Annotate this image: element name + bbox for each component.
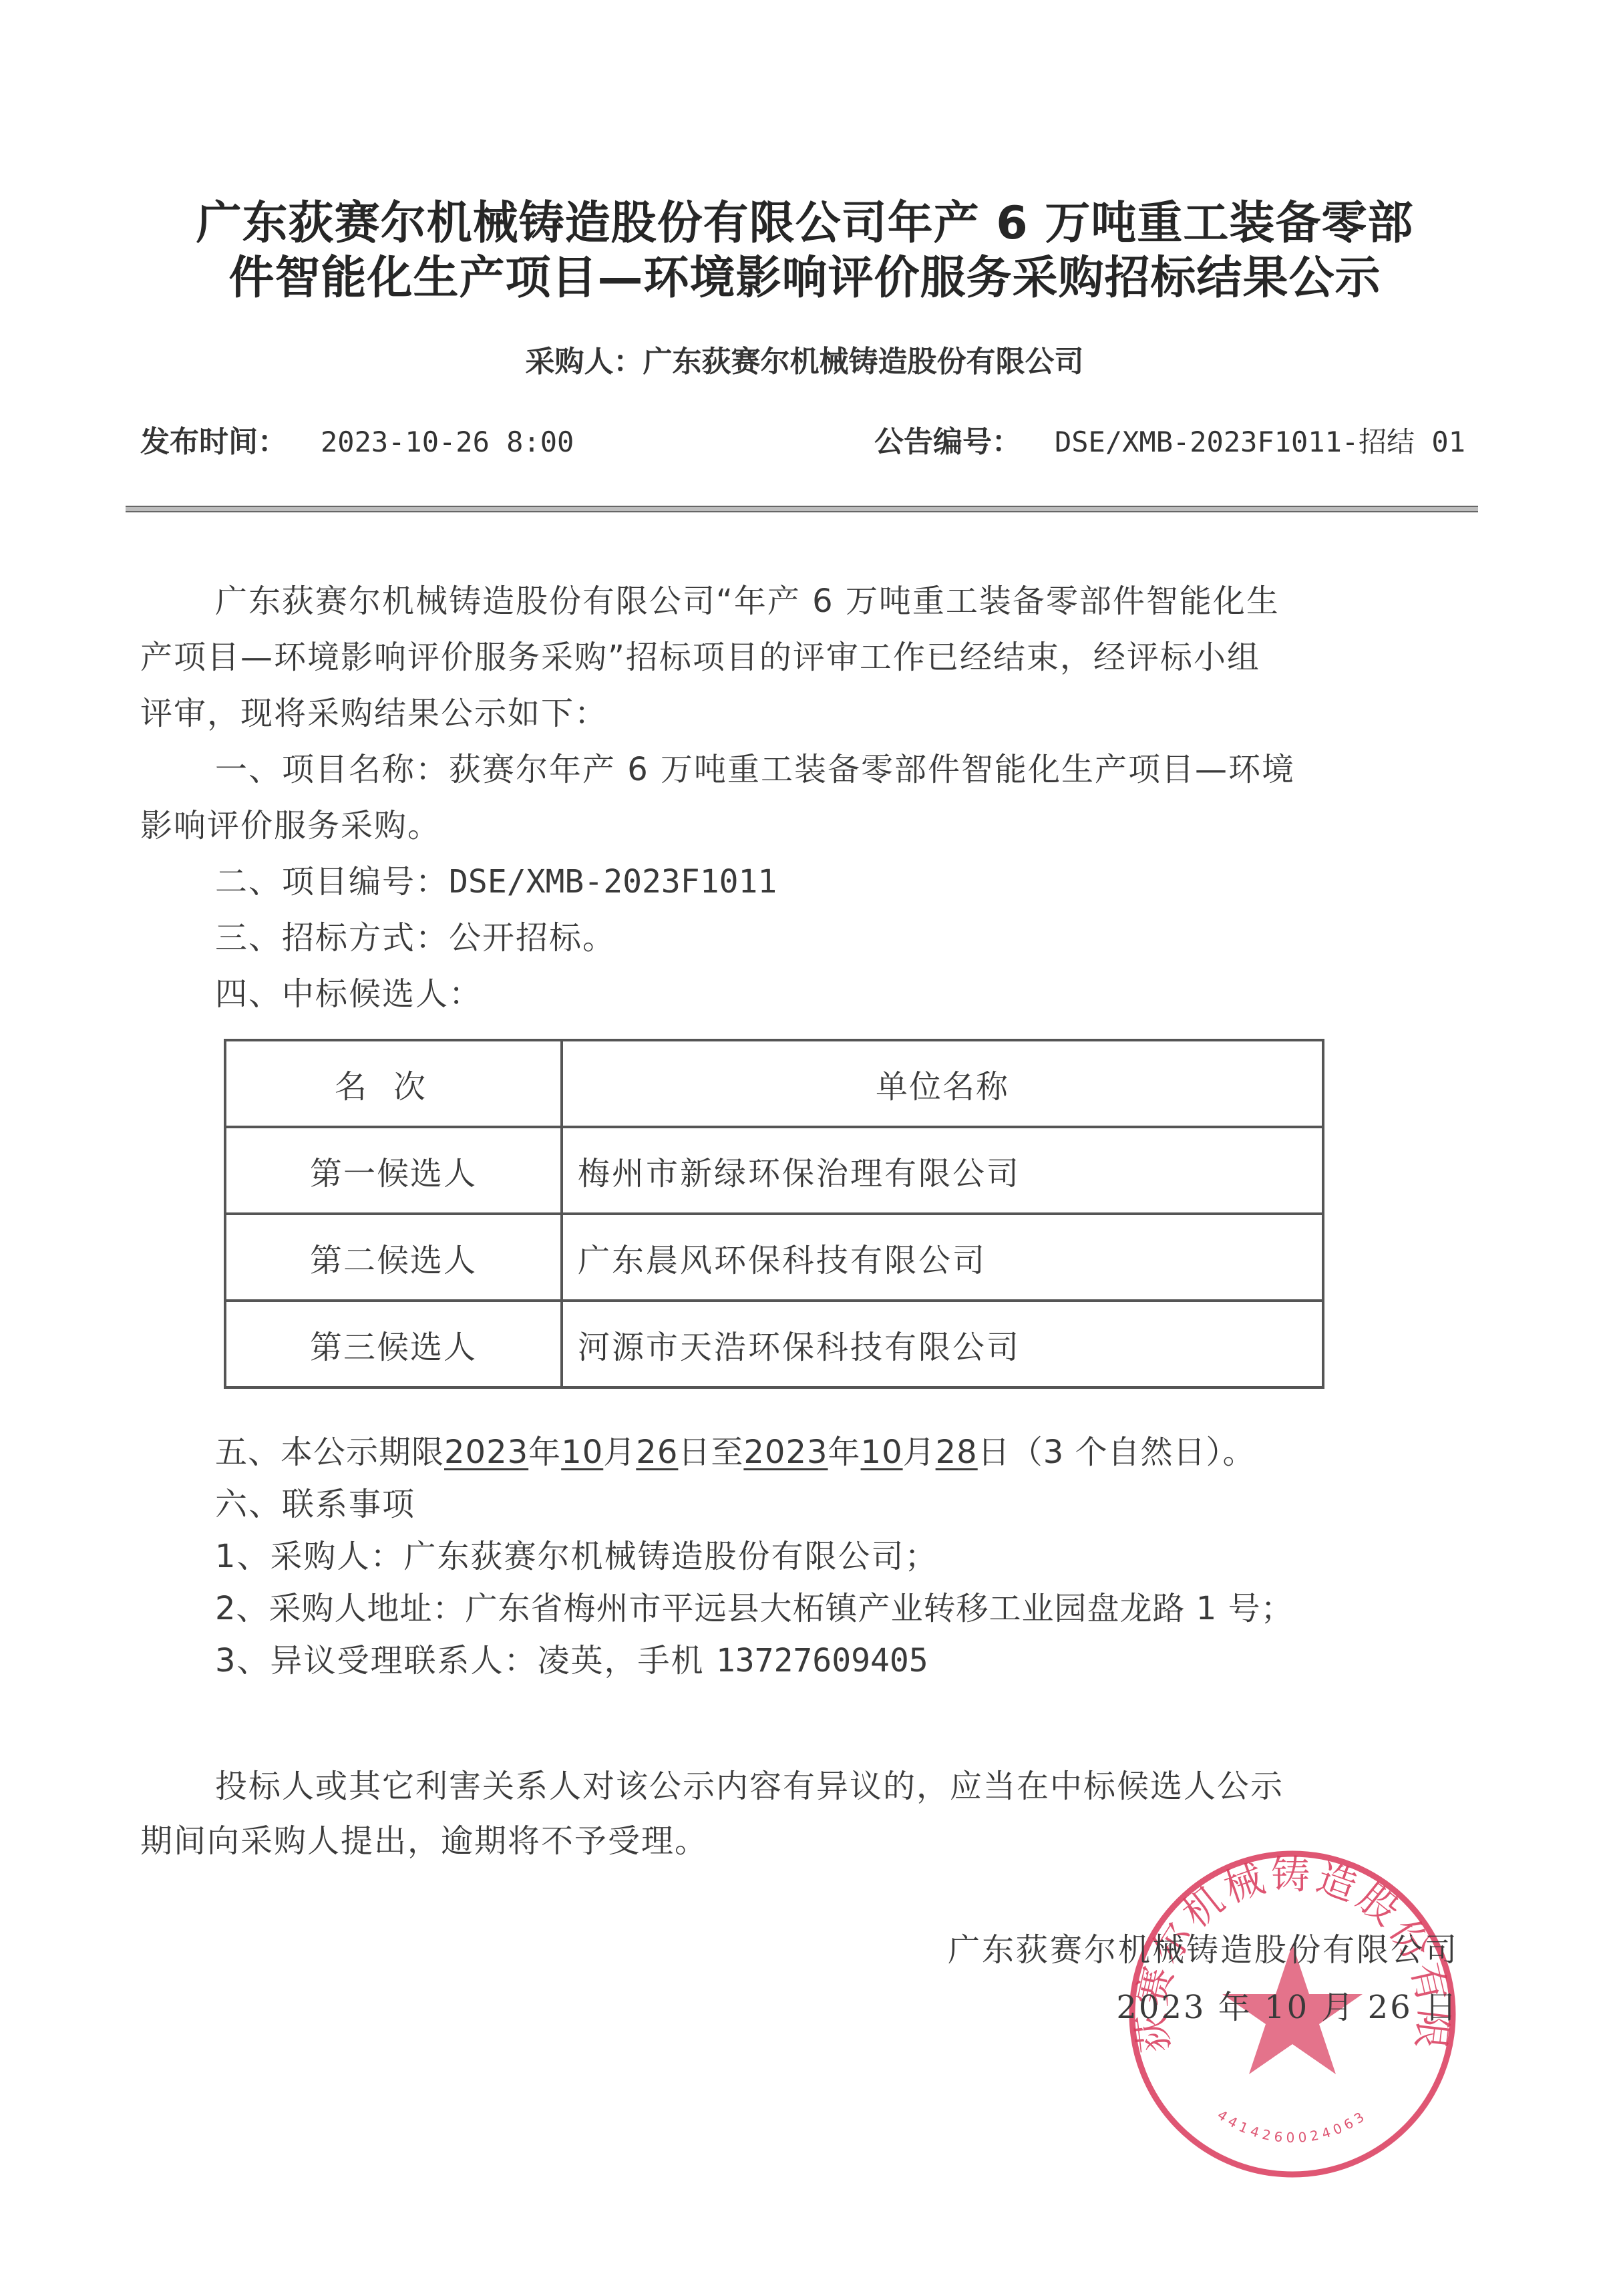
- buyer-label: 采购人：: [526, 345, 643, 379]
- project-number-value: DSE/XMB-2023F1011: [449, 863, 777, 900]
- contact-person-label: 3、异议受理联系人：凌英，手机: [215, 1642, 716, 1679]
- month-char: 月: [903, 1434, 936, 1471]
- year-char: 年: [528, 1434, 561, 1471]
- publicity-suffix: 日（3 个自然日）。: [978, 1434, 1256, 1471]
- project-name-line-1: 一、项目名称：荻赛尔年产 6 万吨重工装备零部件智能化生产项目—环境: [215, 742, 1295, 798]
- table-row: 第一候选人 梅州市新绿环保治理有限公司: [225, 1127, 1323, 1214]
- buyer-line: 采购人：广东荻赛尔机械铸造股份有限公司: [0, 337, 1609, 380]
- column-header-rank: 名次: [225, 1040, 562, 1127]
- candidate-rank: 第三候选人: [225, 1301, 562, 1387]
- table-header-row: 名次 单位名称: [225, 1040, 1323, 1127]
- project-name-line-2: 影响评价服务采购。: [140, 798, 441, 854]
- notice-title-line-1: 广东荻赛尔机械铸造股份有限公司年产 6 万吨重工装备零部: [134, 197, 1476, 251]
- candidate-company: 梅州市新绿环保治理有限公司: [562, 1127, 1323, 1214]
- month-char: 月: [603, 1434, 636, 1471]
- notice-number: 公告编号：DSE/XMB-2023F1011-招结 01: [874, 418, 1465, 460]
- start-year: 2023: [444, 1434, 528, 1471]
- candidate-rank: 第一候选人: [225, 1127, 562, 1214]
- candidate-company: 河源市天浩环保科技有限公司: [562, 1301, 1323, 1387]
- buyer-name: 广东荻赛尔机械铸造股份有限公司: [643, 345, 1084, 379]
- end-day: 28: [936, 1434, 978, 1471]
- table-row: 第二候选人 广东晨风环保科技有限公司: [225, 1214, 1323, 1301]
- contact-address: 2、采购人地址：广东省梅州市平远县大柘镇产业转移工业园盘龙路 1 号；: [215, 1581, 1294, 1637]
- project-number-label: 二、项目编号：: [215, 863, 449, 900]
- column-header-company: 单位名称: [562, 1040, 1323, 1127]
- signature-company: 广东荻赛尔机械铸造股份有限公司: [948, 1924, 1459, 1970]
- notice-number-label: 公告编号：: [874, 425, 1021, 459]
- publish-time-label: 发布时间：: [140, 425, 287, 459]
- svg-text:4414260024063: 4414260024063: [1214, 2107, 1370, 2146]
- publish-time-value: 2023-10-26 8:00: [321, 426, 574, 458]
- publicity-prefix: 五、本公示期限: [215, 1434, 444, 1471]
- publish-time: 发布时间：2023-10-26 8:00: [140, 418, 574, 460]
- end-year: 2023: [743, 1434, 828, 1471]
- project-number: 二、项目编号：DSE/XMB-2023F1011: [215, 854, 777, 910]
- candidate-company: 广东晨风环保科技有限公司: [562, 1214, 1323, 1301]
- start-day: 26: [636, 1434, 678, 1471]
- header-divider: [126, 506, 1478, 512]
- intro-line-2: 产项目—环境影响评价服务采购”招标项目的评审工作已经结束，经评标小组: [140, 629, 1260, 685]
- intro-line-1: 广东荻赛尔机械铸造股份有限公司“年产 6 万吨重工装备零部件智能化生: [215, 573, 1280, 629]
- signature-date: 2023 年 10 月 26 日: [1116, 1981, 1459, 2027]
- bid-method: 三、招标方式：公开招标。: [215, 910, 616, 966]
- candidate-rank: 第二候选人: [225, 1214, 562, 1301]
- year-char: 年: [828, 1434, 861, 1471]
- notice-title-line-2: 件智能化生产项目—环境影响评价服务采购招标结果公示: [134, 252, 1476, 305]
- contact-phone: 13727609405: [716, 1642, 928, 1679]
- contact-person: 3、异议受理联系人：凌英，手机 13727609405: [215, 1633, 928, 1689]
- day-to: 日至: [678, 1434, 743, 1471]
- candidates-table: 名次 单位名称 第一候选人 梅州市新绿环保治理有限公司 第二候选人 广东晨风环保…: [224, 1039, 1324, 1389]
- candidates-heading: 四、中标候选人：: [215, 966, 482, 1022]
- start-month: 10: [561, 1434, 603, 1471]
- end-month: 10: [861, 1434, 903, 1471]
- notice-number-value: DSE/XMB-2023F1011-招结 01: [1055, 426, 1465, 458]
- closing-line-1: 投标人或其它利害关系人对该公示内容有异议的，应当在中标候选人公示: [215, 1758, 1284, 1814]
- table-row: 第三候选人 河源市天浩环保科技有限公司: [225, 1301, 1323, 1387]
- closing-line-2: 期间向采购人提出，逾期将不予受理。: [140, 1813, 708, 1869]
- intro-line-3: 评审，现将采购结果公示如下：: [140, 685, 608, 742]
- publicity-period: 五、本公示期限2023年10月26日至2023年10月28日（3 个自然日）。: [215, 1424, 1256, 1480]
- contact-heading: 六、联系事项: [215, 1476, 415, 1532]
- contact-buyer: 1、采购人：广东荻赛尔机械铸造股份有限公司；: [215, 1528, 938, 1585]
